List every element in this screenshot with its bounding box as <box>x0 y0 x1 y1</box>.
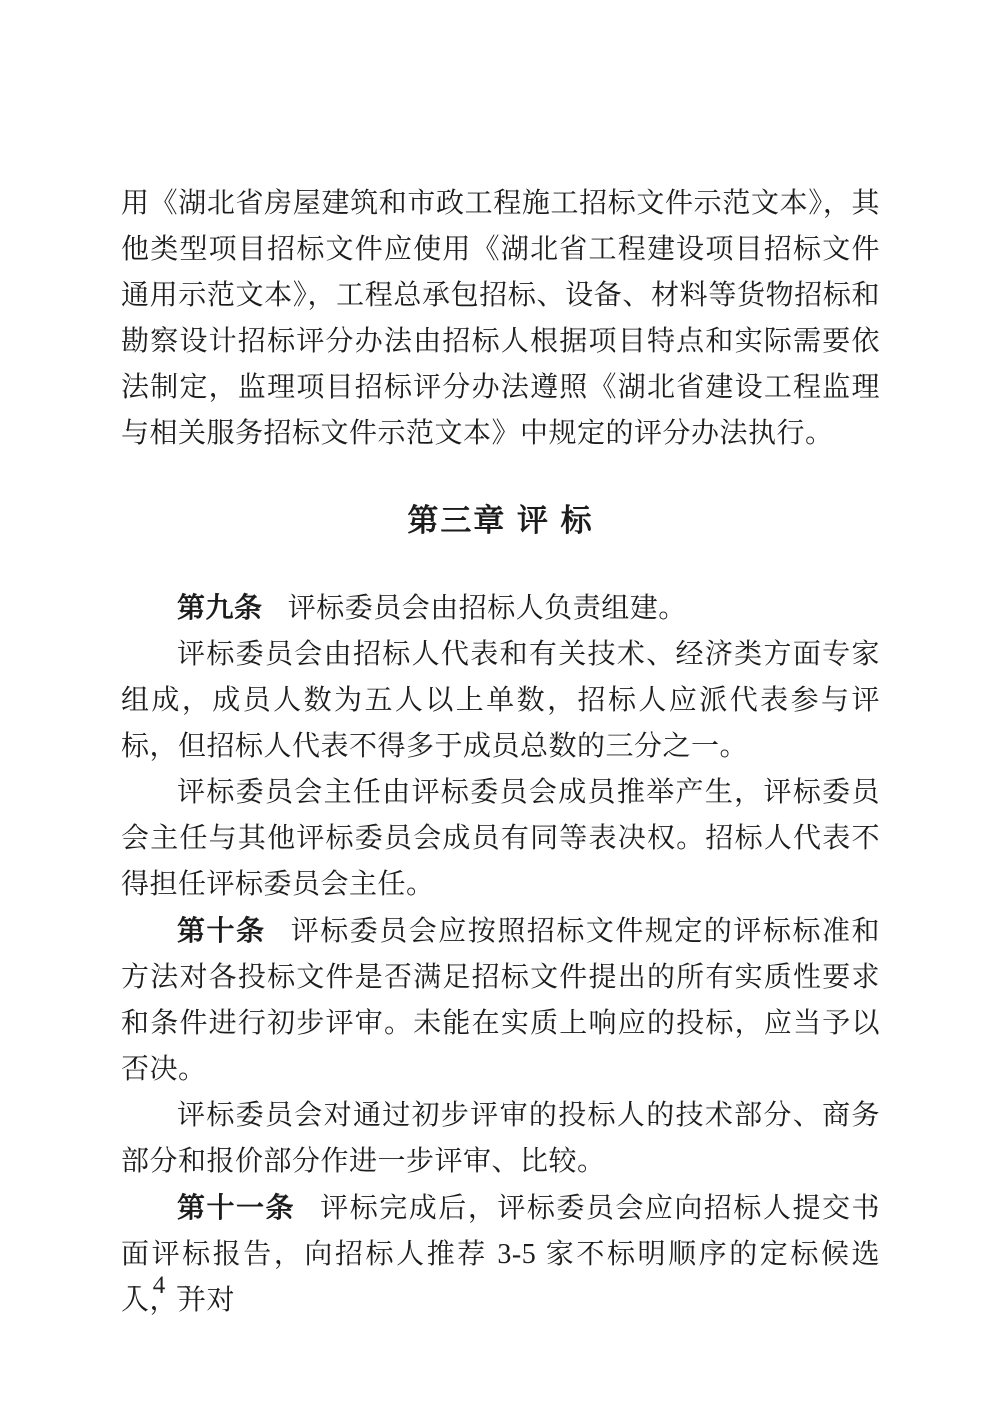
page-number: – 4 – <box>128 1272 193 1300</box>
article-9-text: 评标委员会由招标人负责组建。 <box>288 593 687 624</box>
article-10-paragraph-2: 评标委员会对通过初步评审的投标人的技术部分、商务部分和报价部分作进一步评审、比较… <box>121 1093 880 1185</box>
article-9-paragraph-3: 评标委员会主任由评标委员会成员推举产生，评标委员会主任与其他评标委员会成员有同等… <box>121 770 880 908</box>
chapter-heading: 第三章 评 标 <box>121 498 880 544</box>
paragraph-continuation: 用《湖北省房屋建筑和市政工程施工招标文件示范文本》，其他类型项目招标文件应使用《… <box>121 181 880 457</box>
article-9-paragraph-2: 评标委员会由招标人代表和有关技术、经济类方面专家组成，成员人数为五人以上单数，招… <box>121 632 880 770</box>
article-9-number: 第九条 <box>177 592 263 623</box>
article-11-paragraph: 第十一条评标完成后，评标委员会应向招标人提交书面评标报告，向招标人推荐 3-5 … <box>121 1185 880 1324</box>
document-page: 用《湖北省房屋建筑和市政工程施工招标文件示范文本》，其他类型项目招标文件应使用《… <box>0 0 1000 1414</box>
article-11-number: 第十一条 <box>177 1192 295 1223</box>
article-9-paragraph: 第九条评标委员会由招标人负责组建。 <box>121 585 880 632</box>
article-10-number: 第十条 <box>177 915 266 946</box>
article-10-paragraph: 第十条评标委员会应按照招标文件规定的评标标准和方法对各投标文件是否满足招标文件提… <box>121 908 880 1093</box>
